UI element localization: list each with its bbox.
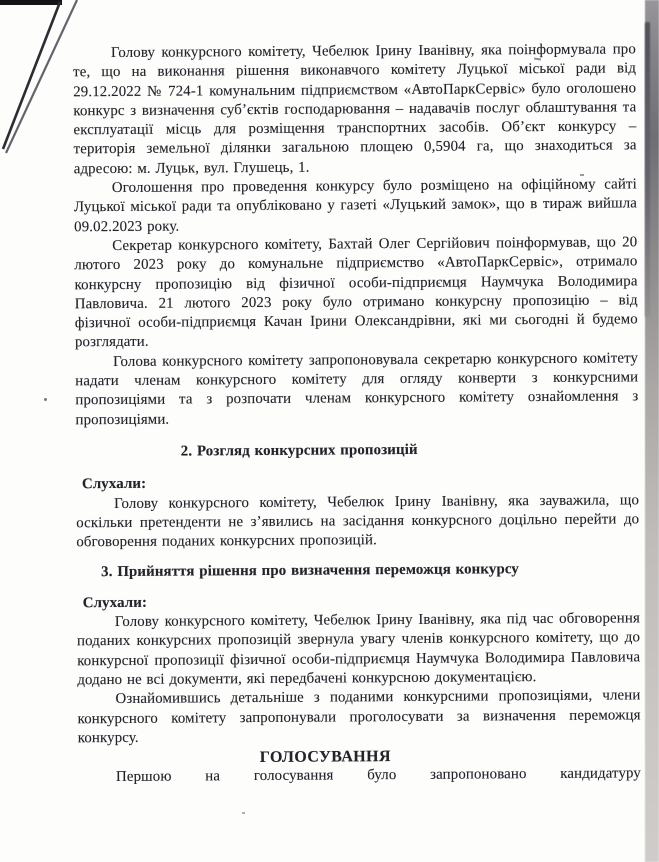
scan-speck bbox=[44, 398, 47, 401]
paragraph: Секретар конкурсного комітету, Бахтай Ол… bbox=[74, 233, 638, 353]
section-heading-2: 2. Розгляд конкурсних пропозицій bbox=[76, 439, 639, 462]
section-heading-3: 3. Прийняття рішення про визначення пере… bbox=[76, 560, 639, 583]
scan-speck bbox=[242, 812, 245, 814]
paragraph: Першою на голосування було запропоновано… bbox=[78, 765, 641, 788]
scanned-page: Голову конкурсного комітету, Чебелюк Іри… bbox=[0, 0, 659, 862]
paragraph: Голову конкурсного комітету, Чебелюк Іри… bbox=[77, 609, 641, 690]
paragraph: Голова конкурсного комітету запропоновув… bbox=[75, 349, 639, 430]
paragraph: Голову конкурсного комітету, Чебелюк Іри… bbox=[73, 40, 637, 179]
paragraph: Голову конкурсного комітету, Чебелюк Іри… bbox=[76, 491, 639, 553]
page-edge-shadow-dark bbox=[645, 22, 650, 317]
paragraph: Оголошення про проведення конкурсу було … bbox=[74, 175, 637, 237]
document-body: Голову конкурсного комітету, Чебелюк Іри… bbox=[73, 40, 641, 788]
paragraph: Ознайомившись детальніше з поданими конк… bbox=[77, 687, 640, 749]
